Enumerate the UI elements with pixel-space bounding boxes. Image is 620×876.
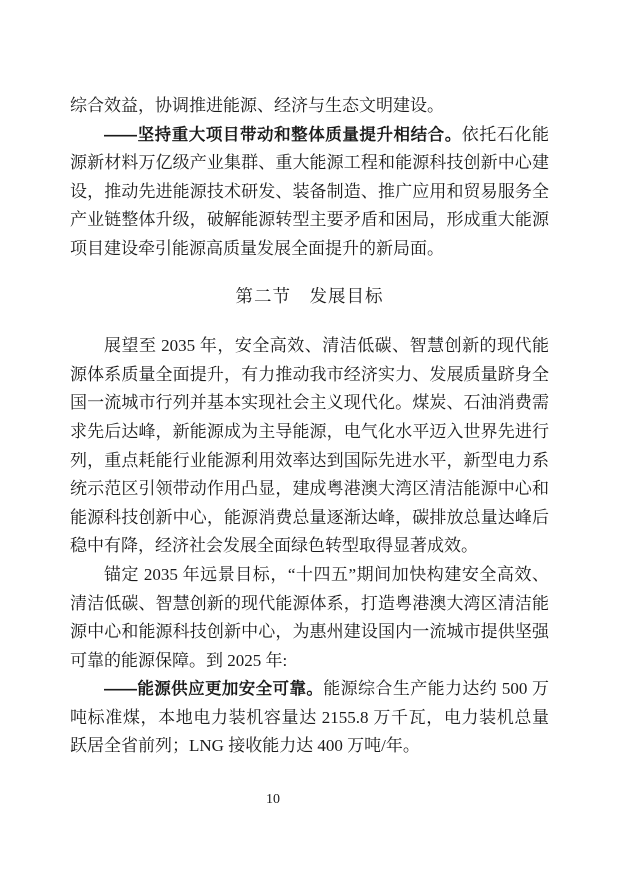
paragraph-project-quality: ——坚持重大项目带动和整体质量提升相结合。依托石化能源新材料万亿级产业集群、重大…	[70, 121, 549, 264]
document-body: 综合效益，协调推进能源、经济与生态文明建设。 ——坚持重大项目带动和整体质量提升…	[70, 92, 549, 761]
paragraph-carryover: 综合效益，协调推进能源、经济与生态文明建设。	[70, 92, 549, 121]
paragraph-energy-supply: ——能源供应更加安全可靠。能源综合生产能力达约 500 万吨标准煤，本地电力装机…	[70, 675, 549, 761]
page-number: 10	[0, 792, 546, 808]
paragraph-anchor-2035: 锚定 2035 年远景目标，“十四五”期间加快构建安全高效、清洁低碳、智慧创新的…	[70, 561, 549, 675]
paragraph-outlook-2035: 展望至 2035 年，安全高效、清洁低碳、智慧创新的现代能源体系质量全面提升，有…	[70, 332, 549, 561]
paragraph-project-lead-bold: ——坚持重大项目带动和整体质量提升相结合。	[104, 126, 462, 144]
document-page: 综合效益，协调推进能源、经济与生态文明建设。 ——坚持重大项目带动和整体质量提升…	[0, 0, 620, 876]
paragraph-supply-lead-bold: ——能源供应更加安全可靠。	[104, 680, 323, 698]
paragraph-project-text: 依托石化能源新材料万亿级产业集群、重大能源工程和能源科技创新中心建设，推动先进能…	[70, 125, 549, 258]
section-heading: 第二节 发展目标	[70, 282, 549, 311]
